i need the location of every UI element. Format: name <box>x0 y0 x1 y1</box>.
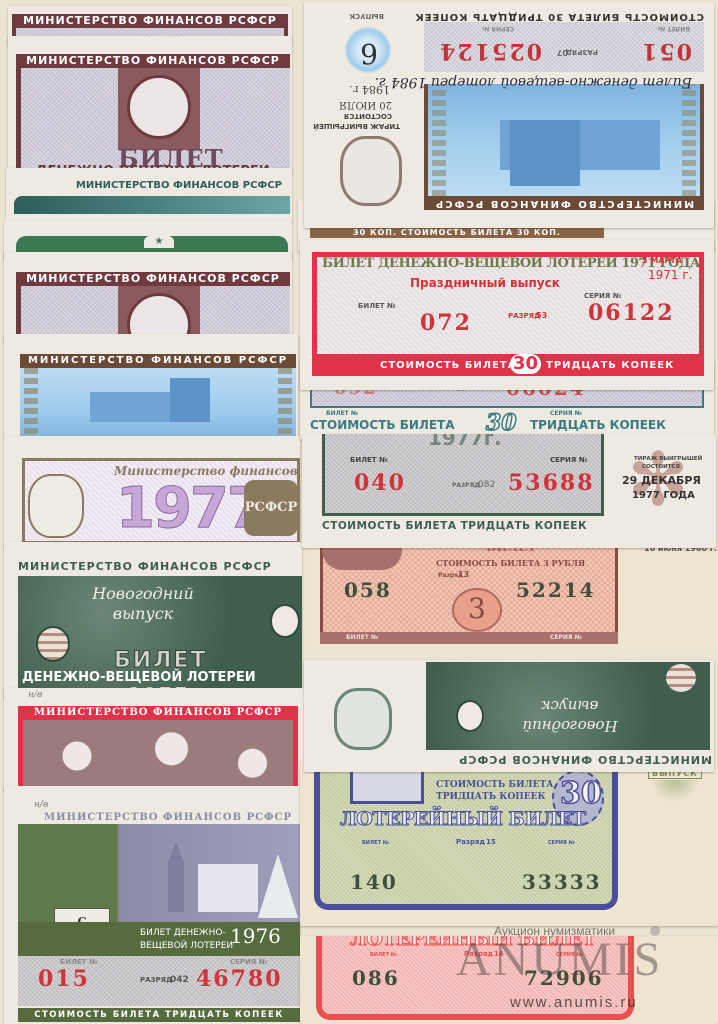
category-label: РАЗРЯД <box>566 48 598 56</box>
draw-date: 5 МАРТА <box>642 256 682 265</box>
ticket-number-label: БИЛЕТ № <box>350 456 387 464</box>
series-number-label: СЕРИЯ № <box>548 840 575 846</box>
ticket-title-line2: ВЕЩЕВОЙ ЛОТЕРЕИ <box>140 941 233 951</box>
ticket-number: 072 <box>420 310 472 336</box>
series-number: 72906 <box>524 966 604 990</box>
ticket-price: СТОИМОСТЬ БИЛЕТА ТРИДЦАТЬ КОПЕЕК <box>322 520 587 532</box>
ticket-price-right: ТРИДЦАТЬ КОПЕЕК <box>546 360 674 371</box>
roses-illustration <box>23 720 293 792</box>
ticket-header: МИНИСТЕРСТВО ФИНАНСОВ РСФСР <box>18 706 298 720</box>
draw-text-line1: ТИРАЖ ВЫИГРЫШЕЙ <box>634 456 702 462</box>
series-number-label: СЕРИЯ № <box>482 25 514 32</box>
handwritten-note: н/в <box>34 800 48 810</box>
rsfsr-emblem-icon <box>28 474 84 538</box>
lottery-ticket-r6: БИЛЕТ СТОИМОСТЬ БИЛЕТА 3 РУБЛЯ Разряд 13… <box>306 540 718 648</box>
hotel-rossiya-illustration <box>20 368 296 438</box>
lottery-ticket-r1: МИНИСТЕРСТВО ФИНАНСОВ РСФСР Билет денежн… <box>304 2 714 228</box>
ticket-number-label: БИЛЕТ № <box>362 840 389 846</box>
category-label: РАЗРЯД <box>140 976 172 984</box>
series-number: 53688 <box>508 470 595 496</box>
series-number-label: СЕРИЯ № <box>550 456 587 464</box>
ticket-header: МИНИСТЕРСТВО ФИНАНСОВ РСФСР <box>20 354 296 368</box>
ticket-header: МИНИСТЕРСТВО ФИНАНСОВ РСФСР <box>16 54 290 68</box>
script-title: Новогодний выпуск <box>500 696 640 736</box>
category-number: 07 <box>557 48 568 57</box>
lottery-ticket-l8: МИНИСТЕРСТВО ФИНАНСОВ РСФСР Новогодний в… <box>4 542 302 698</box>
ticket-price-left: СТОИМОСТЬ БИЛЕТА <box>310 418 455 432</box>
price-value: 30 <box>486 410 517 436</box>
series-number: 33333 <box>522 870 602 894</box>
category-label: Разряд <box>464 950 493 958</box>
lottery-ticket-r5: 1977г. БИЛЕТ № СЕРИЯ № 040 РАЗРЯД 082 53… <box>302 434 716 548</box>
lottery-ticket-r3: БИЛЕТ ДЕНЕЖНО-ВЕЩЕВОЙ ЛОТЕРЕИ 1971 ГОДА … <box>300 240 714 390</box>
lottery-ticket-l7: Министерство финансов 1977 РСФСР <box>4 436 300 546</box>
ticket-header: МИНИСТЕРСТВО ФИНАНСОВ РСФСР <box>76 180 282 191</box>
draw-year: 1984 г. <box>349 83 390 96</box>
rsfsr-emblem-icon <box>127 75 191 139</box>
ticket-year: 1976 <box>230 924 281 948</box>
category-label: Разряд <box>456 838 485 846</box>
ticket-price: СТОИМОСТЬ БИЛЕТА 3 РУБЛЯ <box>436 558 585 568</box>
hotel-illustration <box>424 84 704 196</box>
handwritten-note: н/в <box>28 690 42 700</box>
ticket-price: СТОИМОСТЬ БИЛЕТА 30 ТРИДЦАТЬ КОПЕЕК <box>414 11 704 22</box>
ticket-number: 058 <box>344 578 392 602</box>
draw-text-line1: ТИРАЖ ВЫИГРЫШЕЙ <box>313 122 400 130</box>
ticket-year: 1977 <box>116 476 264 541</box>
fir-branch-illustration: Новогодний выпуск БИЛЕТ ДЕНЕЖНО-ВЕЩЕВОЙ … <box>18 576 302 696</box>
ticket-price-left: СТОИМОСТЬ БИЛЕТА <box>380 360 516 371</box>
series-number-label: СЕРИЯ № <box>584 292 621 300</box>
ticket-price-right: ТРИДЦАТЬ КОПЕЕК <box>530 418 666 432</box>
ticket-number: 015 <box>38 966 90 992</box>
lottery-ticket-l3: МИНИСТЕРСТВО ФИНАНСОВ РСФСР <box>6 168 292 224</box>
ticket-number: 140 <box>350 870 398 894</box>
ticket-year-partial: 1977г. <box>428 434 502 450</box>
christmas-ornament-icon <box>666 664 696 692</box>
draw-year: 1971 г. <box>648 268 692 282</box>
ticket-header: МИНИСТЕРСТВО ФИНАНСОВ РСФСР <box>18 560 272 573</box>
draw-year: 1977 ГОДА <box>632 490 695 501</box>
category-number: 14 <box>494 950 504 958</box>
fir-branch-illustration: Новогодний выпуск <box>426 662 710 750</box>
ticket-header: МИНИСТЕРСТВО ФИНАНСОВ РСФСР <box>16 272 290 286</box>
lottery-ticket-r8: СТОИМОСТЬ БИЛЕТА ТРИДЦАТЬ КОПЕЕК 30 ЛОТЕ… <box>300 760 718 926</box>
series-number-label: СЕРИЯ № <box>556 952 583 958</box>
draw-text-line2: СОСТОИТСЯ <box>344 112 392 120</box>
christmas-ornament-icon <box>456 700 484 732</box>
issue-label: ВЫПУСК <box>349 12 384 20</box>
draw-text-line2: СОСТОИТСЯ <box>642 464 680 470</box>
ticket-subtitle: Праздничный выпуск <box>410 276 560 290</box>
rsfsr-emblem-icon <box>340 136 402 206</box>
ticket-title: ЛОТЕРЕЙНЫЙ БИЛЕТ <box>340 808 586 830</box>
series-number-label: СЕРИЯ № <box>550 634 582 641</box>
christmas-ornament-icon <box>36 626 70 662</box>
ticket-price-line2: ТРИДЦАТЬ КОПЕЕК <box>436 792 546 802</box>
lottery-ticket-l9: н/в МИНИСТЕРСТВО ФИНАНСОВ РСФСР <box>4 688 304 792</box>
denomination: 30 <box>560 776 602 811</box>
issue-number: 6 <box>360 37 378 70</box>
ticket-number: 051 <box>640 38 692 64</box>
star-icon: ★ <box>144 234 174 248</box>
category-number: 53 <box>536 311 547 320</box>
ticket-header: МИНИСТЕРСТВО ФИНАНСОВ РСФСР <box>44 812 292 823</box>
watermark-dot-icon <box>650 926 660 936</box>
denomination: 3 <box>468 592 486 625</box>
ticket-number: 086 <box>352 966 400 990</box>
category-number: 13 <box>458 570 469 579</box>
christmas-ornament-icon <box>270 604 300 638</box>
lottery-ticket-r7: МИНИСТЕРСТВО ФИНАНСОВ РСФСР Новогодний в… <box>304 660 714 772</box>
series-number: 46780 <box>196 966 283 992</box>
lottery-ticket-l6: МИНИСТЕРСТВО ФИНАНСОВ РСФСР <box>4 334 298 438</box>
series-number: 06122 <box>588 300 675 326</box>
issue-rosette-icon <box>650 780 700 802</box>
draw-date: 20 ИЮЛЯ <box>339 99 392 110</box>
rsfsr-badge: РСФСР <box>244 480 298 536</box>
lottery-ticket-r9: ЛОТЕРЕЙНЫЙ БИЛЕТ БИЛЕТ № Разряд 14 СЕРИЯ… <box>300 936 718 1024</box>
script-title: Билет денежно-вещевой лотереи 1984 г. <box>375 74 692 90</box>
script-title: Новогодний выпуск <box>78 584 208 624</box>
ticket-price-band: 30 КОП. СТОИМОСТЬ БИЛЕТА 30 КОП. <box>310 228 604 238</box>
coat-of-arms-panel <box>118 68 200 150</box>
ticket-number-label: БИЛЕТ № <box>658 25 690 32</box>
ticket-subtitle: ДЕНЕЖНО-ВЕЩЕВОЙ ЛОТЕРЕИ <box>22 670 256 685</box>
series-number: 52214 <box>516 578 596 602</box>
series-number-label: СЕРИЯ № <box>550 410 582 417</box>
ticket-price-line1: СТОИМОСТЬ БИЛЕТА <box>436 780 553 790</box>
lottery-ticket-l5: МИНИСТЕРСТВО ФИНАНСОВ РСФСР <box>4 252 292 342</box>
ticket-number-label: БИЛЕТ № <box>346 634 378 641</box>
ticket-title: ЛОТЕРЕЙНЫЙ БИЛЕТ <box>350 936 596 950</box>
category-label: РАЗРЯД <box>452 482 480 489</box>
category-number: 15 <box>486 838 496 846</box>
lottery-ticket-l2: МИНИСТЕРСТВО ФИНАНСОВ РСФСР БИЛЕТ ДЕНЕЖН… <box>8 36 292 176</box>
category-number: 082 <box>478 480 495 490</box>
ticket-title-line1: БИЛЕТ ДЕНЕЖНО- <box>140 928 226 938</box>
price-value: 30 <box>510 354 541 374</box>
category-number: 042 <box>170 975 189 985</box>
ornament-band <box>14 196 290 214</box>
ticket-price: СТОИМОСТЬ БИЛЕТА ТРИДЦАТЬ КОПЕЕК <box>18 1008 300 1022</box>
ticket-header: МИНИСТЕРСТВО ФИНАНСОВ РСФСР <box>16 14 284 28</box>
ticket-number: 040 <box>354 470 406 496</box>
ticket-number-label: БИЛЕТ № <box>370 952 397 958</box>
draw-date: 29 ДЕКАБРЯ <box>622 474 701 487</box>
rsfsr-emblem-icon <box>334 688 392 750</box>
ticket-number-label: БИЛЕТ № <box>60 958 97 966</box>
ticket-header: МИНИСТЕРСТВО ФИНАНСОВ РСФСР <box>424 196 704 210</box>
series-number-label: СЕРИЯ № <box>230 958 267 966</box>
ticket-number-label: БИЛЕТ № <box>358 302 395 310</box>
series-number: 025124 <box>438 38 542 64</box>
lottery-ticket-l10: н/в МИНИСТЕРСТВО ФИНАНСОВ РСФСР С Новым … <box>4 786 300 1024</box>
ticket-number-label: БИЛЕТ № <box>326 410 358 417</box>
ticket-header: МИНИСТЕРСТВО ФИНАНСОВ РСФСР <box>458 753 712 766</box>
